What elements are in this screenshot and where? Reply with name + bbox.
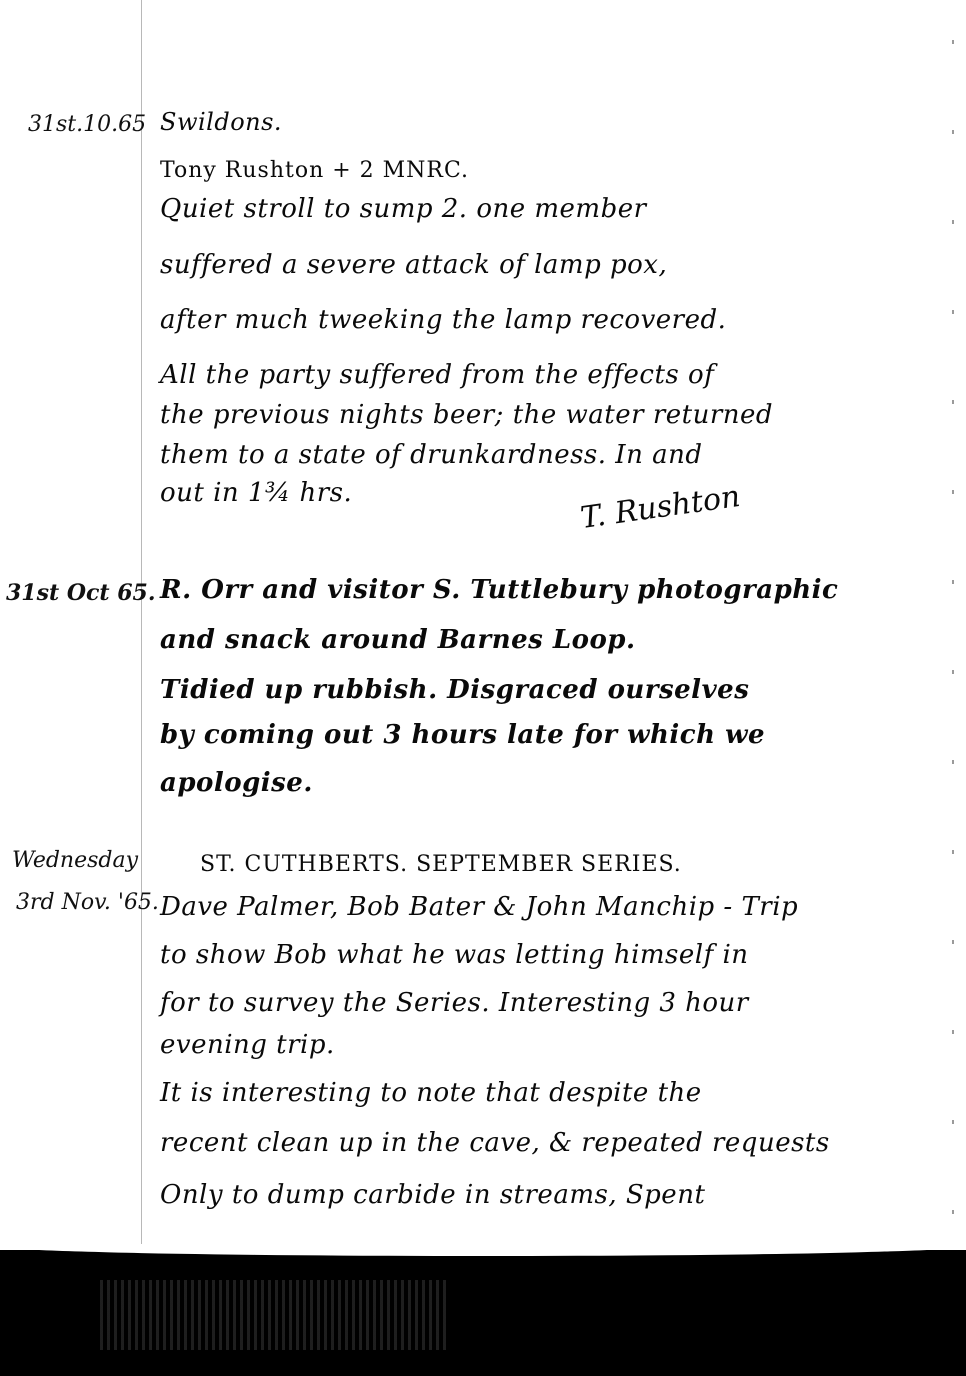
- entry-line: after much tweeking the lamp recovered.: [160, 305, 726, 335]
- margin-rule: [141, 0, 142, 1260]
- entry-line: Tony Rushton + 2 MNRC.: [160, 158, 469, 183]
- entry-date: 31st Oct 65.: [6, 578, 155, 608]
- page-bottom-edge: [0, 1244, 966, 1256]
- entry-line: suffered a severe attack of lamp pox,: [160, 250, 667, 280]
- entry-line: and snack around Barnes Loop.: [160, 625, 636, 655]
- entry-line: Tidied up rubbish. Disgraced ourselves: [160, 675, 749, 705]
- entry-line: All the party suffered from the effects …: [160, 360, 714, 390]
- entry-date-day: Wednesday: [12, 846, 138, 876]
- entry-line: to show Bob what he was letting himself …: [160, 940, 749, 970]
- entry-line: ST. CUTHBERTS. SEPTEMBER SERIES.: [200, 852, 682, 877]
- entry-line: It is interesting to note that despite t…: [160, 1078, 702, 1108]
- page-edge: [952, 0, 954, 1255]
- entry-line: apologise.: [160, 768, 313, 798]
- entry-date: 31st.10.65: [28, 110, 146, 140]
- entry-line: R. Orr and visitor S. Tuttlebury photogr…: [160, 575, 838, 605]
- entry-line: recent clean up in the cave, & repeated …: [160, 1128, 830, 1158]
- entry-line: the previous nights beer; the water retu…: [160, 400, 773, 430]
- entry-line: Quiet stroll to sump 2. one member: [160, 194, 647, 224]
- entry-line: evening trip.: [160, 1030, 335, 1060]
- entry-line: for to survey the Series. Interesting 3 …: [160, 988, 749, 1018]
- entry-date: 3rd Nov. '65.: [16, 888, 159, 918]
- entry-line: Only to dump carbide in streams, Spent: [160, 1180, 705, 1210]
- entry-line: Dave Palmer, Bob Bater & John Manchip - …: [160, 892, 798, 922]
- bleed-through-marks: [100, 1280, 450, 1350]
- entry-line: out in 1¾ hrs.: [160, 478, 352, 508]
- entry-line: Swildons.: [160, 108, 282, 136]
- signature: T. Rushton: [578, 479, 742, 536]
- logbook-page: 31st.10.65 Swildons. Tony Rushton + 2 MN…: [0, 0, 966, 1255]
- entry-line: them to a state of drunkardness. In and: [160, 440, 702, 470]
- entry-line: by coming out 3 hours late for which we: [160, 720, 765, 750]
